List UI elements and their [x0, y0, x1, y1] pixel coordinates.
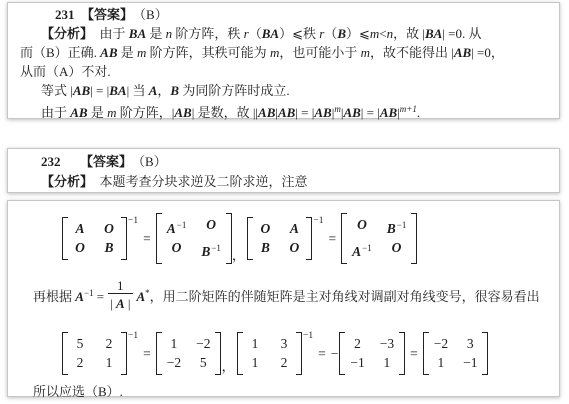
inverse-exponent: −1 — [303, 331, 313, 341]
analysis-line-231-3: 从而（A）不对. — [20, 62, 549, 81]
equals-sign: = — [143, 346, 151, 362]
paragraph-suffix: A*，用二阶矩阵的伴随矩阵是主对角线对调副对角线变号，很容易看出 — [137, 286, 540, 305]
fraction-numerator: 1 — [117, 278, 124, 293]
matrix-2neg3-neg11: 2−3−11 — [339, 332, 405, 375]
matrix-neg23-1neg1: −231−1 — [423, 332, 489, 375]
analysis-line-231-2: 而（B）正确. AB 是 m 阶方阵，其秩可能为 m，也可能小于 m，故不能得出… — [20, 43, 549, 62]
matrix-13-12-inverse: 1312 −1 — [237, 332, 313, 375]
conclusion-line: 所以应选（B）. — [33, 382, 549, 401]
inverse-exponent: −1 — [313, 216, 323, 226]
inverse-exponent: −1 — [128, 331, 138, 341]
problem-232-card: 232 【答案】 （B） 【分析】 本题考查分块求逆及二阶求逆，注意 — [7, 148, 560, 193]
matrix-13-12: 1312 — [237, 332, 302, 375]
solutions-page: 231 【答案】 （B） 【分析】 由于 BA 是 n 阶方阵，秩 r（BA）⩽… — [0, 0, 569, 404]
equals-sign: = — [329, 231, 337, 247]
equals-sign: = — [318, 346, 326, 362]
inverse-exponent: −1 — [128, 216, 138, 226]
problem-232-worked-solution-card: AOOB −1 = A−1OOB−1 ， OABO −1 = OB−1A−1O … — [7, 200, 560, 397]
matrix-OA-BO: OABO — [247, 217, 312, 260]
matrix-Ainv-O-O-Binv: A−1OOB−1 — [156, 213, 232, 264]
comma-separator: ， — [221, 355, 235, 375]
comma-separator: ， — [232, 244, 246, 264]
matrix-AO-OB: AOOB — [62, 217, 127, 260]
answer-line-231: 231 【答案】 （B） — [20, 5, 549, 24]
analysis-line-231-4: 等式 |AB| = |BA| 当 A，B 为同阶方阵时成立. — [20, 81, 549, 100]
adjugate-rule-paragraph: 再根据 A−1 = 1 | A | A*，用二阶矩阵的伴随矩阵是主对角线对调副对… — [33, 278, 549, 312]
analysis-line-232-1: 【分析】 本题考查分块求逆及二阶求逆，注意 — [20, 172, 549, 192]
matrix-O-Binv-Ainv-O: OB−1A−1O — [341, 213, 417, 264]
block-matrix-inverse-identity: AOOB −1 = A−1OOB−1 ， OABO −1 = OB−1A−1O — [62, 213, 549, 264]
equals-sign: = — [143, 231, 151, 247]
numeric-matrix-inverses: 5221 −1 = 1−2−25 ， 1312 −1 = − 2−3−11 = … — [62, 332, 549, 375]
matrix-1neg2-neg25: 1−2−25 — [156, 332, 222, 375]
matrix-52-21-inverse: 5221 −1 — [62, 332, 138, 375]
fraction-one-over-detA: 1 | A | — [108, 278, 132, 312]
analysis-line-231-1: 【分析】 由于 BA 是 n 阶方阵，秩 r（BA）⩽秩 r（B）⩽m<n，故 … — [20, 24, 549, 43]
matrix-OA-BO-inverse: OABO −1 — [247, 217, 323, 260]
matrix-52-21: 5221 — [62, 332, 127, 375]
equals-sign: = — [410, 346, 418, 362]
negative-sign: − — [331, 346, 339, 362]
answer-line-232: 232 【答案】 （B） — [20, 152, 549, 172]
fraction-denominator: | A | — [108, 293, 132, 312]
problem-231-card: 231 【答案】 （B） 【分析】 由于 BA 是 n 阶方阵，秩 r（BA）⩽… — [7, 2, 560, 119]
matrix-AO-OB-inverse: AOOB −1 — [62, 217, 138, 260]
analysis-line-231-5: 由于 AB 是 m 阶方阵，|AB| 是数，故 ||AB|AB| = |AB|m… — [20, 100, 549, 122]
paragraph-prefix: 再根据 A−1 = — [33, 286, 104, 305]
